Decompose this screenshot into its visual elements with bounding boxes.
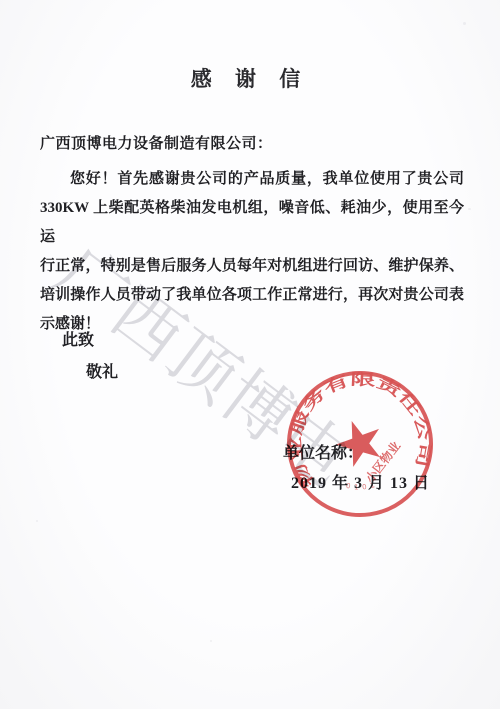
scan-speck bbox=[36, 520, 38, 522]
salutation-line: 广西顶博电力设备制造有限公司： bbox=[40, 132, 464, 153]
closing-jingli: 敬礼 bbox=[86, 359, 118, 382]
body-line: 您好！首先感谢贵公司的产品质量，我单位使用了贵公司 bbox=[40, 165, 464, 194]
letter-title: 感 谢 信 bbox=[0, 63, 500, 93]
scan-speck bbox=[210, 640, 212, 642]
closing-cizhi: 此致 bbox=[62, 327, 94, 350]
letter-body: 您好！首先感谢贵公司的产品质量，我单位使用了贵公司 330KW 上柴配英格柴油发… bbox=[40, 165, 464, 339]
scan-speck bbox=[468, 208, 471, 210]
letter-page: 广西顶博电 感 谢 信 广西顶博电力设备制造有限公司： 您好！首先感谢贵公司的产… bbox=[0, 0, 500, 709]
body-line: 330KW 上柴配英格柴油发电机组，噪音低、耗油少，使用至今运 bbox=[40, 194, 464, 252]
body-line: 示感谢！ bbox=[40, 310, 464, 339]
company-seal-stamp: 物业服务有限责任公司 ★ 小区物业 0101 bbox=[274, 358, 446, 530]
body-line: 培训操作人员带动了我单位各项工作正常进行，再次对贵公司表 bbox=[40, 281, 464, 310]
body-line: 行正常，特别是售后服务人员每年对机组进行回访、维护保养、 bbox=[40, 252, 464, 281]
scan-speck bbox=[463, 22, 466, 25]
seal-star-icon: ★ bbox=[322, 401, 396, 485]
